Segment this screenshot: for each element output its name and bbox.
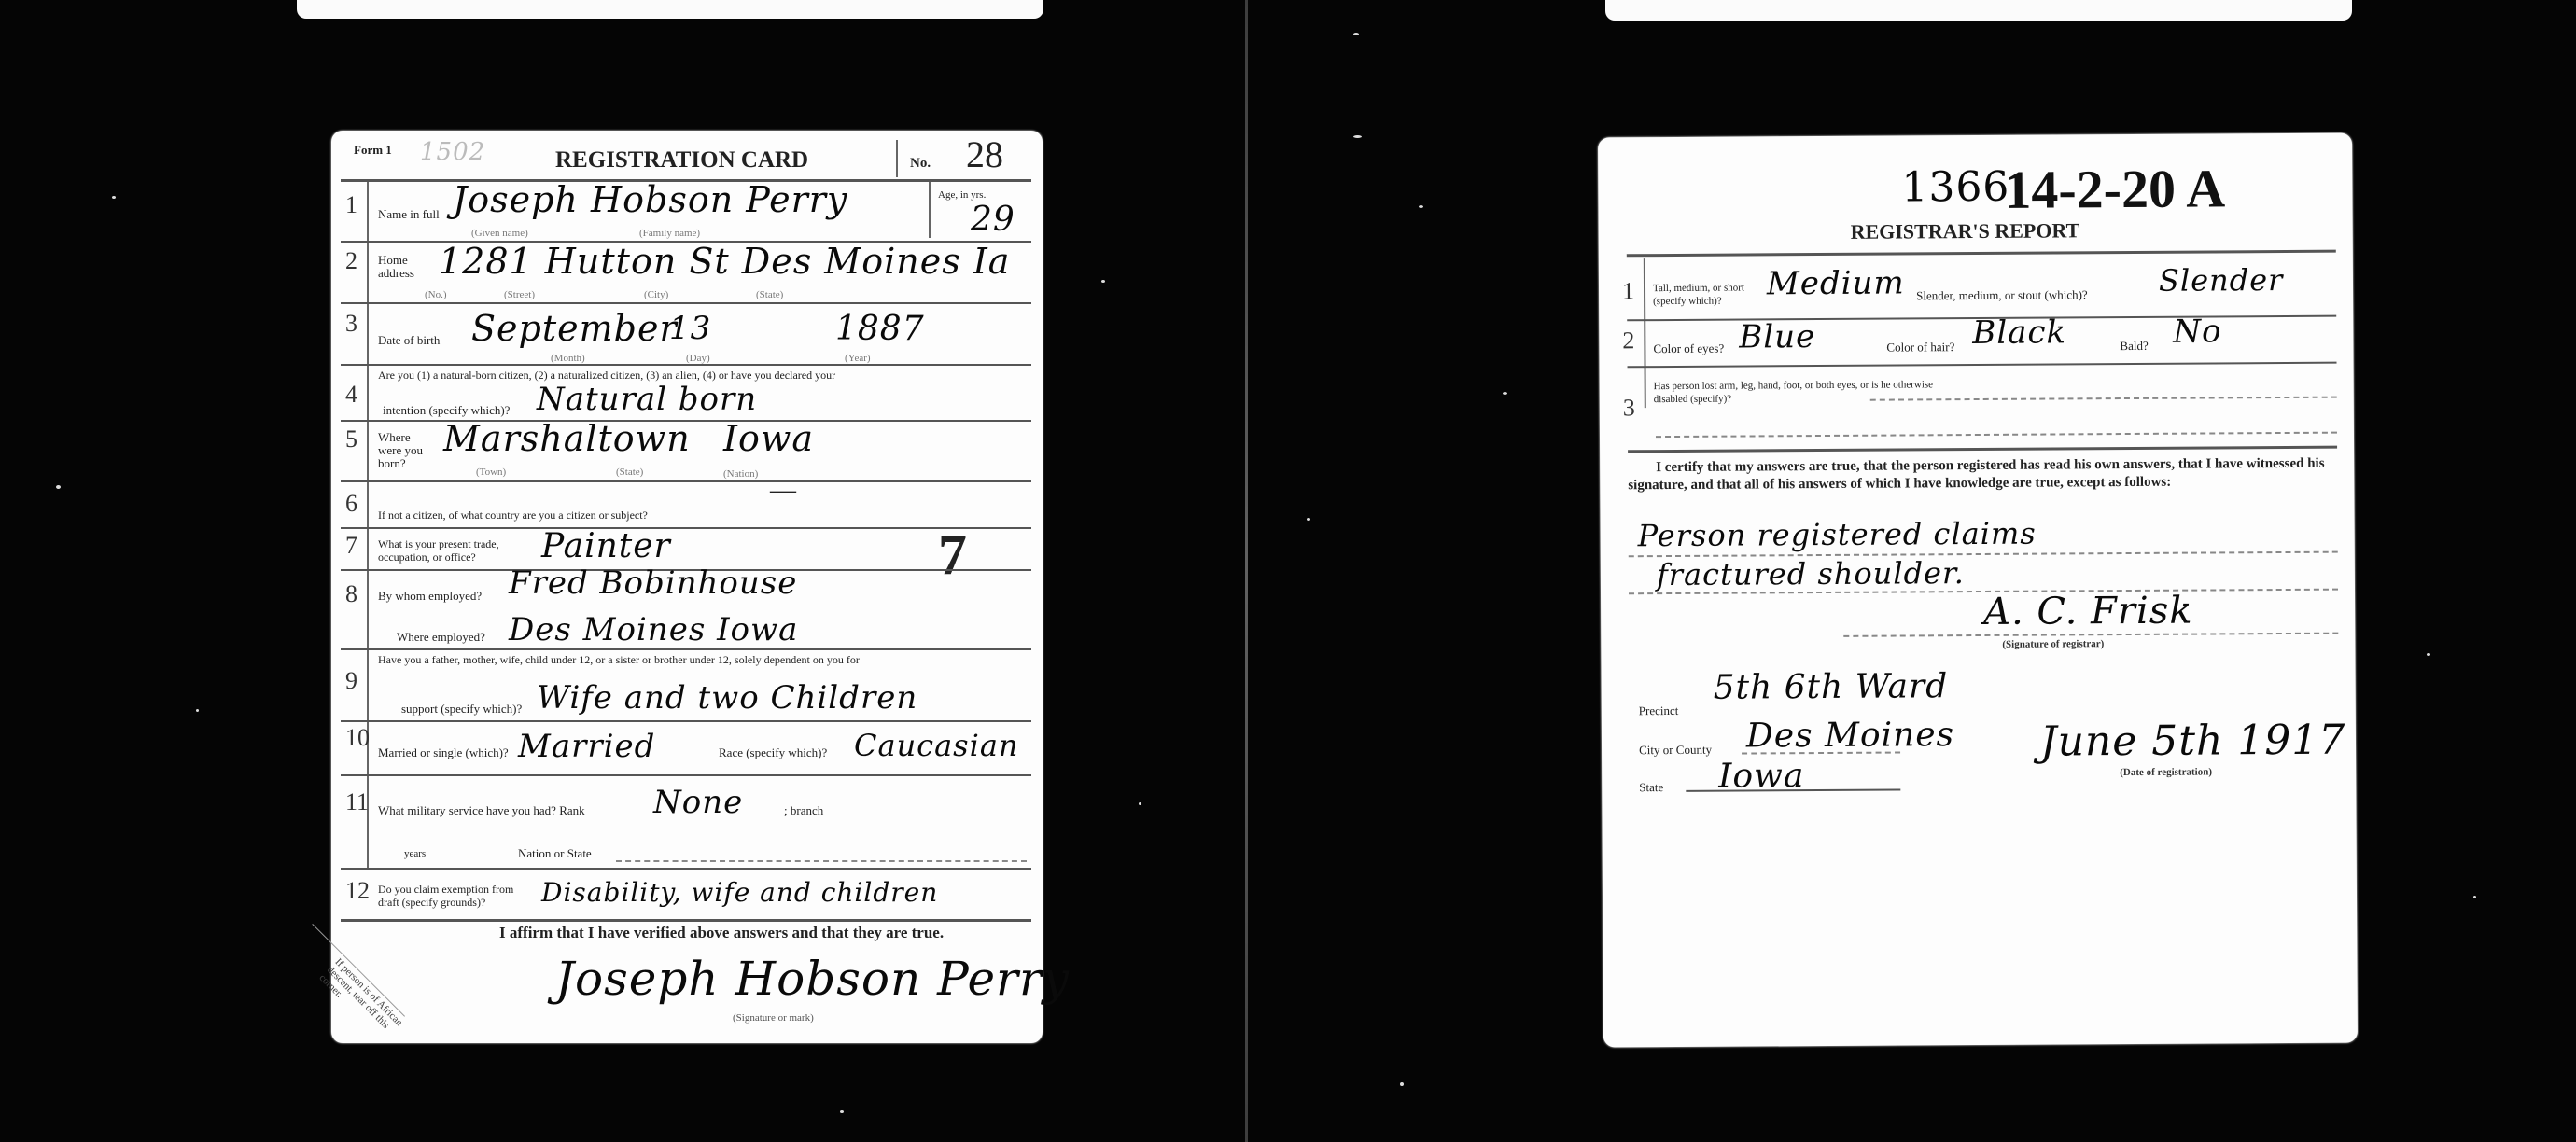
dust-speck (1101, 280, 1105, 283)
employer-label: By whom employed? (378, 590, 482, 603)
name-value: Joseph Hobson Perry (453, 179, 847, 220)
row-number: 5 (345, 425, 357, 453)
dust-speck (1307, 518, 1310, 521)
hair-color-label: Color of hair? (1886, 341, 1954, 354)
birth-town-value: Marshaltown (443, 418, 691, 459)
row-number: 9 (345, 667, 357, 695)
sub-label: (No.) (425, 289, 447, 300)
height-label: Tall, medium, or short (specify which)? (1653, 281, 1756, 308)
microfilm-spine-line (1245, 0, 1248, 1142)
race-label: Race (specify which)? (719, 746, 827, 759)
occupation-annotation: 7 (938, 522, 967, 589)
dependents-label: support (specify which)? (401, 703, 522, 716)
sub-label: (City) (644, 289, 668, 300)
occupation-label: What is your present trade, occupation, … (378, 537, 537, 564)
dust-speck (2473, 896, 2476, 898)
marital-status-value: Married (518, 728, 655, 765)
affirmation-text: I affirm that I have verified above answ… (499, 924, 944, 942)
military-rank-value: None (653, 784, 743, 821)
dependents-value: Wife and two Children (537, 679, 917, 717)
work-location-value: Des Moines Iowa (509, 611, 798, 648)
previous-card-edge-left (297, 0, 1043, 19)
row-number: 1 (1622, 277, 1634, 305)
sub-label: (Month) (551, 353, 585, 364)
citizenship-label: intention (specify which)? (383, 404, 510, 417)
dust-speck (1353, 135, 1362, 138)
row-number: 12 (345, 877, 370, 905)
build-label: Slender, medium, or stout (which)? (1916, 288, 2088, 302)
row-number: 4 (345, 381, 357, 409)
row-number: 6 (345, 490, 357, 518)
birth-state-value: Iowa (723, 418, 814, 459)
dust-speck (2427, 653, 2430, 656)
dust-speck (1139, 802, 1141, 805)
sub-label: (State) (756, 289, 783, 300)
registrant-signature: Joseph Hobson Perry (555, 952, 1070, 1006)
marital-status-label: Married or single (which)? (378, 746, 509, 759)
age-value: 29 (971, 201, 1015, 239)
address-label: Home address (378, 254, 425, 280)
row-number: 2 (1622, 327, 1634, 355)
birthdate-label: Date of birth (378, 334, 440, 347)
eye-color-value: Blue (1739, 318, 1815, 355)
nation-state-label: Nation or State (518, 847, 592, 860)
name-label: Name in full (378, 208, 440, 221)
hair-color-value: Black (1972, 313, 2066, 352)
birth-year-value: 1887 (835, 310, 925, 348)
occupation-value: Painter (541, 527, 671, 565)
row-number: 2 (345, 247, 357, 275)
foreign-citizen-label: If not a citizen, of what country are yo… (378, 508, 648, 522)
race-value: Caucasian (854, 728, 1019, 763)
sub-label: (Day) (686, 353, 710, 364)
row-number: 11 (345, 788, 369, 816)
sub-label: (Family name) (639, 228, 700, 239)
previous-card-edge-right (1605, 0, 2352, 21)
dust-speck (1400, 1082, 1404, 1086)
row-number: 3 (1623, 394, 1635, 422)
exemption-label: Do you claim exemption from draft (speci… (378, 883, 537, 909)
build-value: Slender (2159, 262, 2284, 299)
birthplace-label: Where were you born? (378, 431, 434, 470)
dependents-question: Have you a father, mother, wife, child u… (378, 653, 860, 666)
dust-speck (1503, 392, 1507, 395)
address-value: 1281 Hutton St Des Moines Ia (439, 241, 1010, 282)
height-value: Medium (1767, 264, 1905, 302)
certification-text: I certify that my answers are true, that… (1628, 455, 2337, 495)
work-location-label: Where employed? (397, 631, 485, 644)
row-number: 8 (345, 580, 357, 608)
military-rank-label: What military service have you had? Rank (378, 804, 585, 817)
sub-label: (Town) (476, 467, 506, 478)
stamp-number: 1502 (420, 138, 485, 166)
sub-label: (Given name) (471, 228, 528, 239)
sub-label: (Year) (845, 353, 871, 364)
state-label: State (1639, 781, 1663, 794)
card-code: 14-2-20 A (2004, 157, 2225, 220)
dust-speck (1419, 205, 1423, 208)
registrar-signature: A. C. Frisk (1983, 590, 2193, 634)
precinct-value: 5th 6th Ward (1714, 667, 1949, 707)
exemption-value: Disability, wife and children (541, 877, 938, 908)
branch-label: ; branch (784, 804, 823, 817)
birth-month-value: September (471, 308, 678, 349)
exception-line-1: Person registered claims (1638, 516, 2037, 554)
registration-date: June 5th 1917 (2040, 717, 2346, 766)
registrar-report-card: 1366 14-2-20 A REGISTRAR'S REPORT 1 Tall… (1598, 133, 2358, 1048)
city-label: City or County (1639, 744, 1712, 757)
citizenship-value: Natural born (537, 381, 757, 418)
precinct-label: Precinct (1639, 704, 1679, 717)
dust-speck (840, 1110, 844, 1113)
registration-date-label: (Date of registration) (2120, 766, 2212, 778)
citizenship-question: Are you (1) a natural-born citizen, (2) … (378, 369, 835, 382)
registration-card: Form 1 1502 REGISTRATION CARD No. 28 1 N… (331, 131, 1043, 1043)
row-number: 3 (345, 310, 357, 338)
row-number: 7 (345, 532, 357, 560)
years-label: years (404, 847, 426, 860)
row-number: 1 (345, 191, 357, 219)
no-label: No. (910, 157, 931, 170)
bald-value: No (2173, 313, 2221, 350)
registrar-signature-label: (Signature of registrar) (2002, 638, 2104, 650)
dust-speck (196, 709, 199, 712)
row-number: 10 (345, 724, 370, 752)
city-value: Des Moines (1746, 716, 1954, 755)
exception-line-2: fractured shoulder. (1657, 555, 1965, 592)
card-number: 28 (966, 132, 1003, 176)
dust-speck (112, 196, 116, 199)
sub-label: (Street) (504, 289, 535, 300)
employer-value: Fred Bobinhouse (509, 564, 797, 602)
sub-label: (Nation) (723, 468, 758, 480)
disability-label: Has person lost arm, leg, hand, foot, or… (1654, 378, 1934, 406)
form-label: Form 1 (354, 144, 392, 157)
card-title: REGISTRAR'S REPORT (1851, 218, 2080, 244)
age-label: Age, in yrs. (938, 188, 986, 202)
sub-label: (State) (616, 467, 643, 478)
dust-speck (1353, 33, 1359, 35)
bald-label: Bald? (2120, 340, 2148, 353)
foreign-citizen-value: — (770, 476, 796, 506)
card-title: REGISTRATION CARD (555, 147, 808, 174)
signature-label: (Signature or mark) (733, 1012, 814, 1024)
eye-color-label: Color of eyes? (1653, 342, 1724, 355)
serial-number: 1366 (1901, 163, 2009, 212)
corner-note: If person is of African descent, tear of… (317, 956, 407, 1046)
birth-day-value: 13 (669, 310, 711, 347)
dust-speck (56, 485, 61, 489)
